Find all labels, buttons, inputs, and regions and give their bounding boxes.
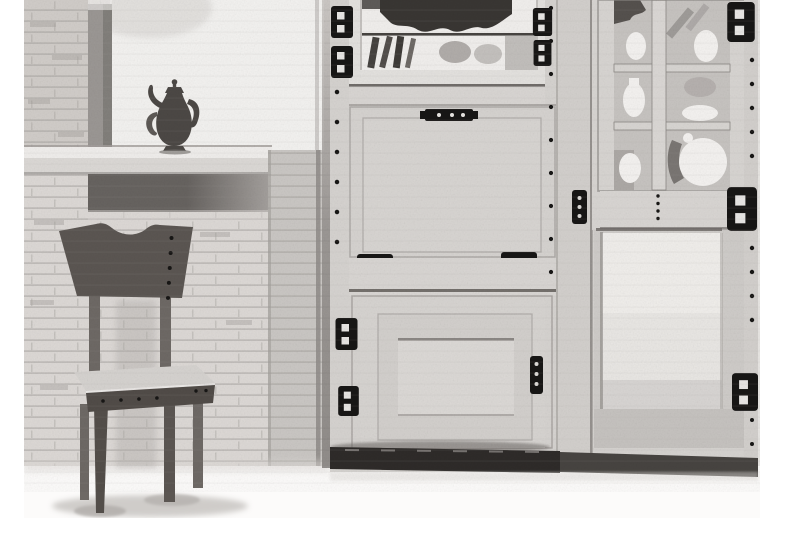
scanline-overlay — [24, 0, 760, 492]
photograph — [24, 0, 760, 518]
scan-page — [0, 0, 800, 533]
photo-figure — [0, 0, 800, 533]
